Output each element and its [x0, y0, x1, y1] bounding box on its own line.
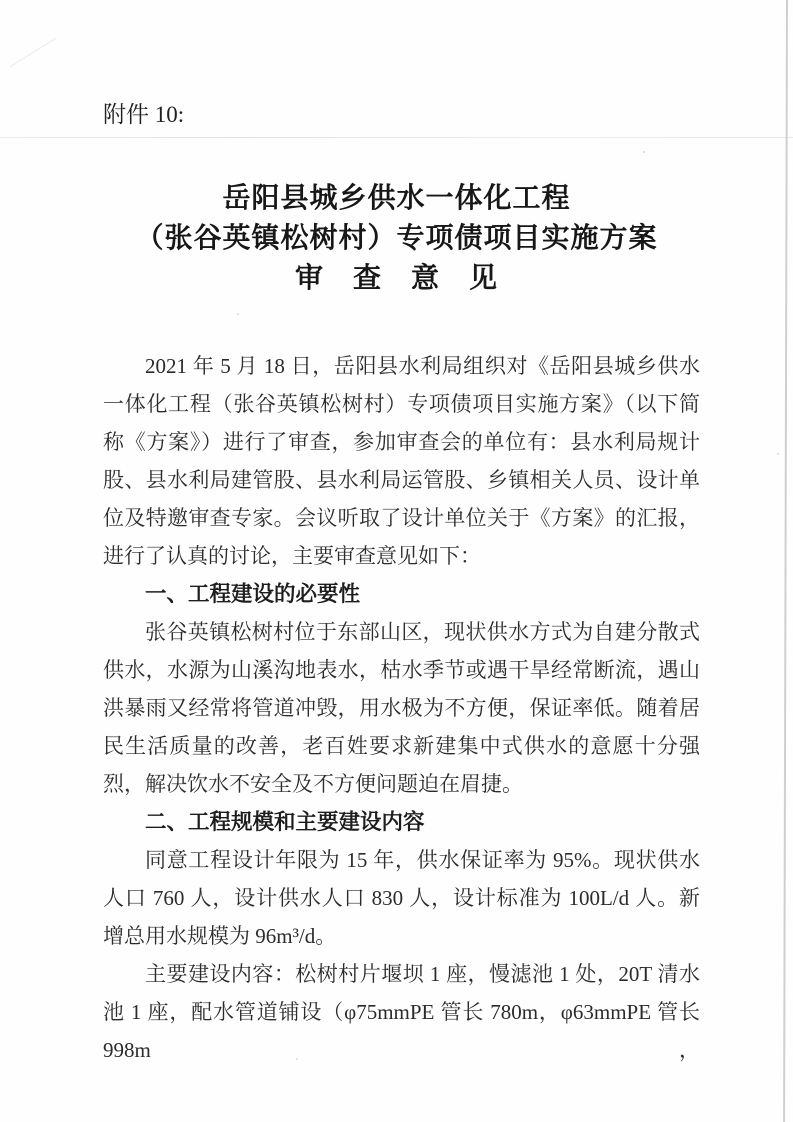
text-line: 进行了认真的讨论，主要审查意见如下：: [103, 537, 700, 575]
text-line: 2021 年 5 月 18 日，岳阳县水利局组织对《岳阳县城乡供水: [103, 347, 700, 385]
scan-artifact-speck: [777, 453, 779, 455]
scan-artifact-right-edge-line: [783, 0, 788, 1122]
text-line: 主要建设内容：松树村片堰坝 1 座，慢滤池 1 处，20T 清水: [103, 955, 700, 993]
scanned-document-page: 附件 10: 岳阳县城乡供水一体化工程 （张谷英镇松树村）专项债项目实施方案 审…: [0, 0, 793, 1122]
scan-artifact-speck: [237, 313, 239, 315]
scan-artifact-speck: [643, 151, 645, 153]
text-line: 股、县水利局建管股、县水利局运管股、乡镇相关人员、设计单: [103, 461, 700, 499]
section-heading: 一、工程建设的必要性: [103, 575, 700, 613]
scan-artifact-scratch: [10, 38, 56, 67]
text-line: 一体化工程（张谷英镇松树村）专项债项目实施方案》（以下简: [103, 385, 700, 423]
text-line: 池 1 座，配水管道铺设（φ75mmPE 管长 780m，φ63mmPE 管长 …: [103, 993, 700, 1031]
text-line: 供水，水源为山溪沟地表水，枯水季节或遇干旱经常断流，遇山: [103, 651, 700, 689]
text-line: 位及特邀审查专家。会议听取了设计单位关于《方案》的汇报，: [103, 499, 700, 537]
text-line: 民生活质量的改善，老百姓要求新建集中式供水的意愿十分强: [103, 727, 700, 765]
text-line: 洪暴雨又经常将管道冲毁，用水极为不方便，保证率低。随着居: [103, 689, 700, 727]
scan-artifact-horizontal-line: [0, 137, 793, 138]
document-title-line-1: 岳阳县城乡供水一体化工程: [0, 179, 793, 219]
attachment-number-label: 附件 10:: [103, 101, 184, 129]
section-heading: 二、工程规模和主要建设内容: [103, 803, 700, 841]
document-title-line-3: 审 查 意 见: [0, 259, 793, 299]
text-line: 人口 760 人，设计供水人口 830 人，设计标准为 100L/d 人。新: [103, 879, 700, 917]
text-line: 张谷英镇松树村位于东部山区，现状供水方式为自建分散式: [103, 613, 700, 651]
text-line: 称《方案》）进行了审查，参加审查会的单位有：县水利局规计: [103, 423, 700, 461]
text-line: 增总用水规模为 96m³/d。: [103, 917, 700, 955]
document-title: 岳阳县城乡供水一体化工程 （张谷英镇松树村）专项债项目实施方案 审 查 意 见: [0, 179, 793, 299]
document-title-line-2: （张谷英镇松树村）专项债项目实施方案: [0, 219, 793, 259]
text-line: 同意工程设计年限为 15 年，供水保证率为 95%。现状供水: [103, 841, 700, 879]
document-body: 2021 年 5 月 18 日，岳阳县水利局组织对《岳阳县城乡供水一体化工程（张…: [103, 347, 700, 1031]
text-line: 烈，解决饮水不安全及不方便问题迫在眉捷。: [103, 765, 700, 803]
